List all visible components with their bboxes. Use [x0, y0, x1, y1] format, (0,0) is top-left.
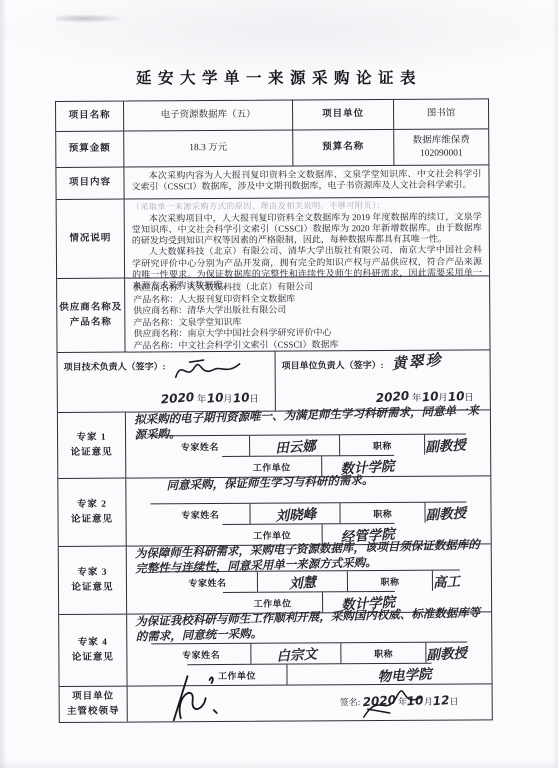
expert2-name: 刘晓峰 [251, 503, 341, 524]
expert4-name-row: 专家姓名 白宗文 职称 副教授 [152, 641, 468, 664]
row-suppliers: 供应商名称及 产品名称 供应商名称：人大数媒科技（北京）有限公司 产品名称：人大… [57, 276, 489, 353]
row-project-name: 项目名称 电子资源数据库（五） 项目单位 图书馆 [56, 99, 488, 132]
unit-leader-cell: 项目单位负责人（签字）: 黄翠珍 2020 年10月10日 [276, 350, 490, 410]
expert2-title: 副教授 [426, 502, 467, 522]
approval-label: 项目单位 主管校领导 [60, 687, 128, 722]
row-situation: 情况说明 （采取单一来源采购方式的原因、理由及相关说明，不够可附页）： 本次采购… [57, 197, 489, 279]
expert4-name: 白宗文 [252, 643, 342, 664]
expert1-body: 拟采购的电子期刊资源唯一、为满足师生学习科研需求，同意单一来源采购。 专家姓名 … [126, 410, 490, 477]
expert-name-label: 专家姓名 [158, 572, 258, 593]
expert-title-label: 职称 [340, 435, 425, 456]
expert3-title: 高工 [433, 571, 460, 591]
unit-sign-date: 2020 年10月10日 [376, 389, 474, 404]
supplier-list: 供应商名称：人大数媒科技（北京）有限公司 产品名称：人大报刊复印资料全文数据库 … [125, 276, 489, 351]
tech-leader-label: 项目技术负责人（签字）: [64, 359, 166, 373]
tech-leader-signature [170, 356, 248, 386]
expert-title-label: 职称 [348, 571, 433, 592]
expert1-title: 副教授 [425, 434, 466, 454]
expert1-name: 田云娜 [250, 435, 340, 456]
form-table: 项目名称 电子资源数据库（五） 项目单位 图书馆 预算金额 18.3 万元 预算… [55, 98, 493, 723]
budget-name-line1: 数据库维保费 [413, 135, 470, 148]
row-content: 项目内容 本次采购内容为人大报刊复印资料全文数据库、文泉学堂知识库、中文社会科学… [56, 165, 488, 200]
unit-leader-label: 项目单位负责人（签字）: [282, 358, 384, 372]
approval-body: 签名: 2020 年10月12日 [128, 684, 492, 721]
row-approval: 项目单位 主管校领导 签名: 2020 年10月12日 [60, 684, 492, 722]
expert-name-label: 专家姓名 [152, 644, 252, 665]
supplier-label-line2: 产品名称 [70, 315, 112, 330]
budget-name-label: 预算名称 [293, 130, 394, 166]
project-unit-value: 图书馆 [394, 99, 488, 129]
project-name-value: 电子资源数据库（五） [124, 101, 293, 131]
row-budget: 预算金额 18.3 万元 预算名称 数据库维保费 102090001 [56, 129, 488, 168]
row-expert-3: 专家 3 论证意见 为保障师生科研需求，采购电子资源数据库，该项目须保证数据库的… [59, 544, 491, 615]
budget-name-line2: 102090001 [420, 147, 463, 160]
budget-amount-value: 18.3 万元 [124, 131, 293, 167]
expert-title-label: 职称 [341, 503, 426, 524]
row-expert-1: 专家 1 论证意见 拟采购的电子期刊资源唯一、为满足师生学习科研需求，同意单一来… [58, 410, 490, 479]
supplier-label: 供应商名称及 产品名称 [57, 279, 125, 352]
expert2-name-row: 专家姓名 刘晓峰 职称 副教授 [151, 501, 467, 524]
scan-smudge [56, 14, 126, 23]
project-name-label: 项目名称 [56, 102, 124, 131]
row-signatures: 项目技术负责人（签字）: 2020 年10月10日 项目单位负责人（签字）: 黄… [58, 350, 490, 413]
row-expert-2: 专家 2 论证意见 同意采购，保证师生学习与科研的需求。 专家姓名 刘晓峰 职称… [58, 476, 490, 547]
approval-sign-label: 签名: [340, 697, 361, 707]
expert3-row-label: 专家 3 论证意见 [59, 547, 127, 614]
unit-leader-signature: 黄翠珍 [391, 348, 444, 374]
expert4-row-label: 专家 4 论证意见 [59, 615, 127, 686]
expert2-row-label: 专家 2 论证意见 [58, 479, 126, 546]
expert-title-label: 职称 [342, 643, 427, 664]
supplier-label-line1: 供应商名称及 [59, 300, 122, 315]
situation-label: 情况说明 [57, 200, 125, 278]
tech-sign-date: 2020 年10月10日 [161, 391, 259, 406]
situation-paragraph-1: 本次采购项目中，人大报刊复印资料全文数据库为 2019 年度数据库的续订，文泉学… [125, 211, 489, 247]
situation-body: （采取单一来源采购方式的原因、理由及相关说明，不够可附页）： 本次采购项目中，人… [125, 197, 489, 277]
row-expert-4: 专家 4 论证意见 为保证我校科研与师生工作顺利开展，采购国内权威、标准数据库等… [59, 612, 491, 687]
expert2-body: 同意采购，保证师生学习与科研的需求。 专家姓名 刘晓峰 职称 副教授 工作单位 … [126, 476, 490, 545]
expert4-title: 副教授 [427, 642, 468, 662]
expert3-name: 刘慧 [258, 571, 348, 592]
expert4-unit: 物电学院 [287, 664, 431, 685]
expert1-row-label: 专家 1 论证意见 [58, 413, 126, 478]
page-title: 延安大学单一来源采购论证表 [0, 66, 558, 88]
approval-date-signature [360, 683, 430, 723]
budget-amount-label: 预算金额 [56, 132, 124, 167]
expert3-body: 为保障师生科研需求，采购电子资源数据库，该项目须保证数据库的完整性与连续性，同意… [127, 544, 491, 613]
project-unit-label: 项目单位 [293, 100, 394, 130]
tech-leader-cell: 项目技术负责人（签字）: 2020 年10月10日 [58, 352, 276, 412]
content-label: 项目内容 [56, 168, 124, 199]
content-text: 本次采购内容为人大报刊复印资料全文数据库、文泉学堂知识库、中文社会科学引文索引（… [124, 165, 488, 198]
school-leader-signature [163, 670, 225, 732]
procurement-form: 项目名称 电子资源数据库（五） 项目单位 图书馆 预算金额 18.3 万元 预算… [55, 98, 493, 723]
expert-name-label: 专家姓名 [151, 504, 251, 525]
budget-name-value: 数据库维保费 102090001 [394, 129, 488, 165]
